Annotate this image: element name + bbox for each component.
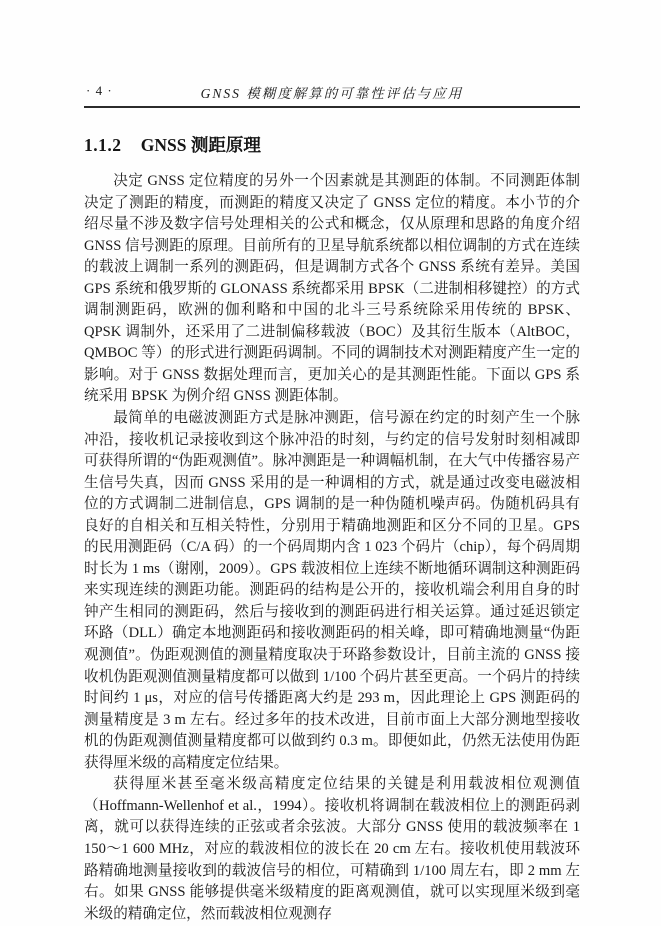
section-heading: 1.1.2GNSS 测距原理	[84, 132, 580, 157]
page-header: · 4 · GNSS 模糊度解算的可靠性评估与应用	[84, 82, 580, 108]
section-number: 1.1.2	[84, 135, 122, 155]
running-title: GNSS 模糊度解算的可靠性评估与应用	[84, 82, 580, 102]
paragraph: 决定 GNSS 定位精度的另外一个因素就是其测距的体制。不同测距体制决定了测距的…	[84, 171, 580, 408]
paragraph: 最简单的电磁波测距方式是脉冲测距，信号源在约定的时刻产生一个脉冲沿，接收机记录接…	[84, 408, 580, 774]
body-text: 决定 GNSS 定位精度的另外一个因素就是其测距的体制。不同测距体制决定了测距的…	[84, 171, 580, 925]
page-content: · 4 · GNSS 模糊度解算的可靠性评估与应用 1.1.2GNSS 测距原理…	[84, 82, 580, 925]
book-page: · 4 · GNSS 模糊度解算的可靠性评估与应用 1.1.2GNSS 测距原理…	[0, 0, 661, 926]
page-number: · 4 ·	[86, 83, 113, 99]
section-title: GNSS 测距原理	[141, 135, 261, 155]
paragraph: 获得厘米甚至毫米级高精度定位结果的关键是利用载波相位观测值（Hoffmann-W…	[84, 774, 580, 925]
